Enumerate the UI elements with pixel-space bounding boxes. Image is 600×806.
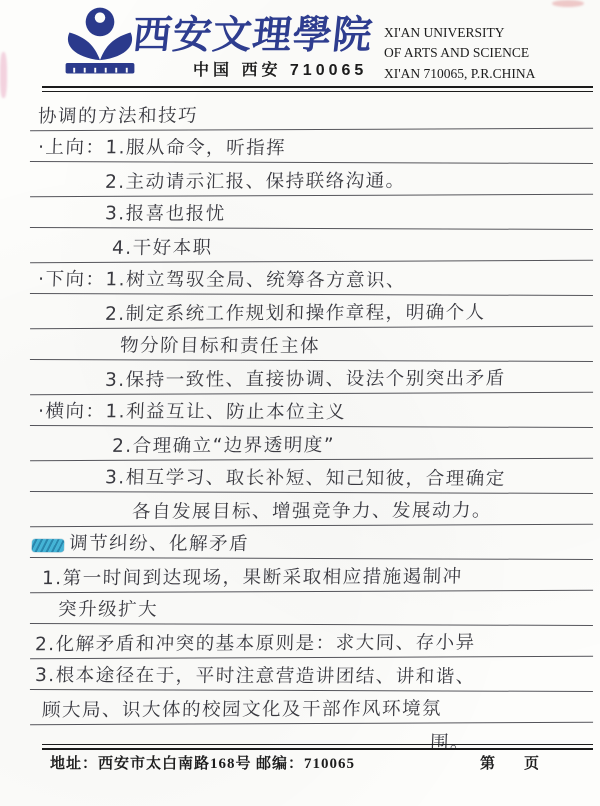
- note-line: 2.合理确立“边界透明度”: [30, 426, 593, 461]
- note-line: 1.第一时间到达现场，果断采取相应措施遏制冲: [30, 558, 593, 593]
- handwritten-text: 2.合理确立“边界透明度”: [30, 435, 336, 461]
- note-line: 2.主动请示汇报、保持联络沟通。: [30, 162, 593, 197]
- note-line: 3.相互学习、取长补短、知己知彼，合理确定: [30, 459, 593, 494]
- note-line: 3.保持一致性、直接协调、设法个别突出矛盾: [30, 360, 593, 395]
- note-line: 突升级扩大: [30, 591, 593, 626]
- header-divider: [42, 86, 593, 92]
- note-line: 物分阶目标和责任主体: [30, 327, 593, 362]
- handwritten-text: ·下向：1.树立驾驭全局、统筹各方意识、: [30, 269, 407, 294]
- handwritten-text: 4.干好本职: [30, 237, 213, 262]
- pink-ink-smudge: [0, 52, 7, 98]
- note-line: 2.化解矛盾和冲突的基本原则是：求大同、存小异: [30, 624, 593, 659]
- note-line: 3.报喜也报忧: [30, 195, 593, 230]
- note-line: 4.干好本职: [30, 228, 593, 263]
- note-line: ·下向：1.树立驾驭全局、统筹各方意识、: [30, 261, 593, 296]
- english-line-1: XI'AN UNIVERSITY: [384, 23, 535, 43]
- location-line: 中国 西安 710065: [193, 57, 367, 80]
- handwritten-text: 2.制定系统工作规划和操作章程，明确个人: [30, 302, 486, 328]
- note-line: 顾大局、识大体的校园文化及干部作风环境氛: [30, 690, 593, 725]
- footer-divider: [42, 744, 593, 750]
- handwritten-text: 调节纠纷、化解矛盾: [30, 533, 250, 558]
- handwritten-text: 3.根本途径在于，平时注意营造讲团结、讲和谐、: [30, 665, 477, 691]
- note-line-title-2: 调节纠纷、化解矛盾: [30, 525, 593, 560]
- note-line: 3.根本途径在于，平时注意营造讲团结、讲和谐、: [30, 657, 593, 692]
- handwritten-text: 物分阶目标和责任主体: [30, 335, 321, 360]
- handwritten-text: 1.第一时间到达现场，果断采取相应措施遏制冲: [30, 566, 463, 592]
- handwritten-text: 突升级扩大: [30, 599, 159, 624]
- university-logo-icon: [57, 5, 143, 84]
- handwritten-text: 3.相互学习、取长补短、知己知彼，合理确定: [30, 467, 507, 493]
- university-name-calligraphy: 西安文理學院: [130, 4, 386, 60]
- note-line: 各自发展目标、增强竞争力、发展动力。: [30, 492, 593, 527]
- handwritten-text: 3.保持一致性、直接协调、设法个别突出矛盾: [30, 368, 506, 394]
- letterhead-header: 西安文理學院 中国 西安 710065 XI'AN UNIVERSITY OF …: [0, 0, 600, 96]
- footer-address: 地址：西安市太白南路168号: [50, 752, 252, 773]
- english-line-2: OF ARTS AND SCIENCE: [384, 43, 535, 63]
- blue-ink-scribble: [32, 539, 64, 552]
- footer-page-label: 页: [524, 752, 540, 773]
- handwritten-text: 2.主动请示汇报、保持联络沟通。: [30, 170, 406, 196]
- university-name-english: XI'AN UNIVERSITY OF ARTS AND SCIENCE XI'…: [384, 23, 535, 84]
- note-line: ·横向：1.利益互让、防止本位主义: [30, 393, 593, 428]
- letterhead-footer: 地址：西安市太白南路168号 邮编：710065 第 页: [42, 752, 593, 776]
- handwritten-notes: 协调的方法和技巧 ·上向：1.服从命令，听指挥 2.主动请示汇报、保持联络沟通。…: [30, 97, 593, 756]
- note-line-title-1: 协调的方法和技巧: [30, 96, 593, 131]
- handwritten-text: ·上向：1.服从命令，听指挥: [30, 137, 287, 162]
- handwritten-text: 调节纠纷、化解矛盾: [69, 533, 250, 555]
- handwritten-text: 2.化解矛盾和冲突的基本原则是：求大同、存小异: [30, 632, 476, 658]
- handwritten-text: 协调的方法和技巧: [30, 105, 199, 130]
- handwritten-text: 顾大局、识大体的校园文化及干部作风环境氛: [30, 698, 443, 724]
- english-line-3: XI'AN 710065, P.R.CHINA: [384, 64, 535, 84]
- red-ink-smudge: [552, 0, 584, 7]
- footer-postcode: 邮编：710065: [256, 752, 355, 773]
- note-line: 2.制定系统工作规划和操作章程，明确个人: [30, 294, 593, 329]
- handwritten-text: ·横向：1.利益互让、防止本位主义: [30, 401, 347, 426]
- handwritten-text: 各自发展目标、增强竞争力、发展动力。: [30, 500, 493, 526]
- footer-page-label: 第: [480, 752, 496, 773]
- scanned-letterhead-page: 西安文理學院 中国 西安 710065 XI'AN UNIVERSITY OF …: [0, 0, 600, 806]
- note-line: ·上向：1.服从命令，听指挥: [30, 129, 593, 164]
- handwritten-text: 3.报喜也报忧: [30, 203, 227, 228]
